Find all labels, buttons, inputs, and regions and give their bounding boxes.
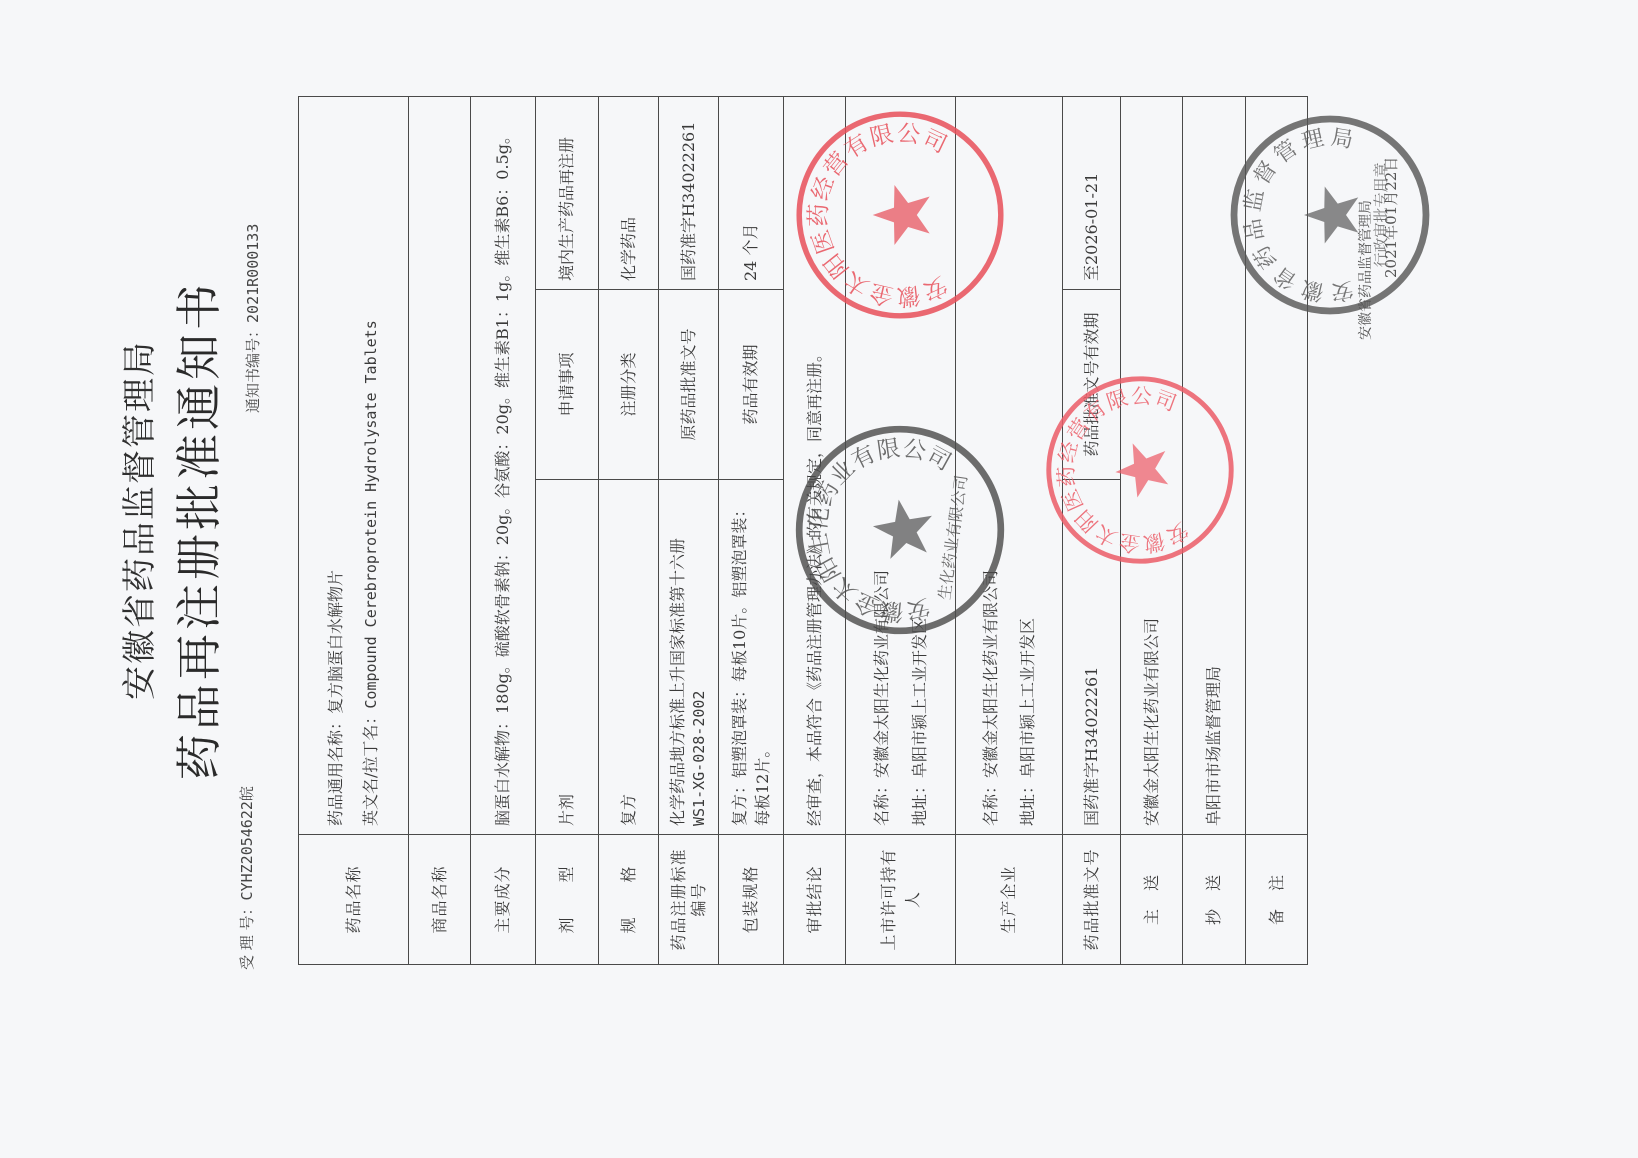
label-standard-number: 药品注册标准编号 <box>659 835 719 965</box>
value-conclusion: 经审查，本品符合《药品注册管理办法》的有关规定，同意再注册。 <box>784 96 846 834</box>
label-specification: 规 格 <box>599 835 659 965</box>
receipt-number-value: CYHZ2054622皖 <box>238 786 256 900</box>
label-application-item: 申请事项 <box>536 290 599 480</box>
value-trade-name <box>409 96 471 834</box>
seal-date: 2021年01月22日 <box>1380 157 1401 278</box>
manufacturer-address: 阜阳市颍上工业开发区 <box>1018 618 1037 778</box>
row-main-ingredients: 主要成分 脑蛋白水解物：180g。硫酸软骨素钠：20g。谷氨酸：20g。维生素B… <box>471 96 536 964</box>
standard-line1: 化学药品地方标准上升国家标准第十六册 <box>666 488 689 826</box>
receipt-number-label: 受 理 号： <box>238 900 256 970</box>
row-packaging: 包装规格 复方：铝塑泡罩装：每板10片。铝塑泡罩装：每板12片。 药品有效期 2… <box>719 96 784 964</box>
row-manufacturer: 生产企业 名称：安徽金太阳生化药业有限公司 地址：阜阳市颍上工业开发区 <box>956 96 1063 964</box>
seal-agency-text: 安徽省药品监督管理局 <box>1355 200 1375 340</box>
row-drug-name: 药品名称 药品通用名称：复方脑蛋白水解物片 英文名/拉丁名：Compound C… <box>299 96 409 964</box>
mah-name: 安徽金太阳生化药业有限公司 <box>872 570 891 778</box>
value-registration-category: 化学药品 <box>599 96 659 289</box>
row-cc: 抄 送 阜阳市市场监督管理局 <box>1183 96 1246 964</box>
label-registration-category: 注册分类 <box>599 290 659 480</box>
row-approval-number: 药品批准文号 国药准字H34022261 药品批准文号有效期 至2026-01-… <box>1063 96 1121 964</box>
row-conclusion: 审批结论 经审查，本品符合《药品注册管理办法》的有关规定，同意再注册。 <box>784 96 846 964</box>
label-approval-number: 药品批准文号 <box>1063 835 1121 965</box>
value-application-item: 境内生产药品再注册 <box>536 96 599 289</box>
value-approval-number: 国药准字H34022261 <box>1063 480 1121 835</box>
approval-table: 药品名称 药品通用名称：复方脑蛋白水解物片 英文名/拉丁名：Compound C… <box>298 96 1308 965</box>
label-packaging: 包装规格 <box>719 835 784 965</box>
notice-number: 通知书编号：2021R000133 <box>242 224 263 413</box>
label-main-recipient: 主 送 <box>1121 835 1183 965</box>
label-main-ingredients: 主要成分 <box>471 835 536 965</box>
mah-address: 阜阳市颍上工业开发区 <box>910 618 929 778</box>
label-shelf-life: 药品有效期 <box>719 290 784 480</box>
row-specification: 规 格 复方 注册分类 化学药品 <box>599 96 659 964</box>
english-name-label: 英文名/拉丁名： <box>361 709 380 826</box>
label-manufacturer: 生产企业 <box>956 835 1063 965</box>
manufacturer-name: 安徽金太阳生化药业有限公司 <box>981 570 1000 778</box>
label-trade-name: 商品名称 <box>409 835 471 965</box>
value-remarks <box>1246 96 1308 834</box>
label-cc: 抄 送 <box>1183 835 1246 965</box>
receipt-number: 受 理 号：CYHZ2054622皖 <box>236 786 257 970</box>
row-dosage-form: 剂 型 片剂 申请事项 境内生产药品再注册 <box>536 96 599 964</box>
manufacturer-address-label: 地址： <box>1018 778 1037 826</box>
label-original-approval-number: 原药品批准文号 <box>659 290 719 480</box>
value-standard-number: 化学药品地方标准上升国家标准第十六册 WS1-XG-028-2002 <box>659 480 719 835</box>
value-shelf-life: 24 个月 <box>719 96 784 289</box>
label-remarks: 备 注 <box>1246 835 1308 965</box>
value-main-ingredients: 脑蛋白水解物：180g。硫酸软骨素钠：20g。谷氨酸：20g。维生素B1：1g。… <box>471 96 536 834</box>
row-standard-number: 药品注册标准编号 化学药品地方标准上升国家标准第十六册 WS1-XG-028-2… <box>659 96 719 964</box>
svg-text:安: 安 <box>1329 276 1355 304</box>
notice-number-label: 通知书编号： <box>244 323 262 413</box>
standard-line2: WS1-XG-028-2002 <box>689 488 711 826</box>
value-specification: 复方 <box>599 480 659 835</box>
value-original-approval-number: 国药准字H34022261 <box>659 96 719 289</box>
label-drug-name: 药品名称 <box>299 835 409 965</box>
notice-document: 安徽省药品监督管理局 药品再注册批准通知书 受 理 号：CYHZ2054622皖… <box>0 0 1638 1158</box>
notice-number-value: 2021R000133 <box>244 224 262 323</box>
value-main-recipient: 安徽金太阳生化药业有限公司 <box>1121 96 1183 834</box>
label-dosage-form: 剂 型 <box>536 835 599 965</box>
mah-name-label: 名称： <box>872 778 891 826</box>
value-mah: 名称：安徽金太阳生化药业有限公司 地址：阜阳市颍上工业开发区 <box>846 96 956 834</box>
value-manufacturer: 名称：安徽金太阳生化药业有限公司 地址：阜阳市颍上工业开发区 <box>956 96 1063 834</box>
value-dosage-form: 片剂 <box>536 480 599 835</box>
generic-name-label: 药品通用名称： <box>326 714 345 826</box>
row-main-recipient: 主 送 安徽金太阳生化药业有限公司 <box>1121 96 1183 964</box>
value-drug-name: 药品通用名称：复方脑蛋白水解物片 英文名/拉丁名：Compound Cerebr… <box>299 96 409 834</box>
label-conclusion: 审批结论 <box>784 835 846 965</box>
value-packaging: 复方：铝塑泡罩装：每板10片。铝塑泡罩装：每板12片。 <box>719 480 784 835</box>
value-cc: 阜阳市市场监督管理局 <box>1183 96 1246 834</box>
english-name: Compound Cerebroprotein Hydrolysate Tabl… <box>362 320 380 708</box>
row-mah: 上市许可持有人 名称：安徽金太阳生化药业有限公司 地址：阜阳市颍上工业开发区 <box>846 96 956 964</box>
issuing-agency: 安徽省药品监督管理局 <box>112 0 161 1158</box>
value-approval-validity: 至2026-01-21 <box>1063 96 1121 289</box>
label-approval-validity: 药品批准文号有效期 <box>1063 290 1121 480</box>
document-title: 药品再注册批准通知书 <box>163 0 229 1158</box>
label-mah: 上市许可持有人 <box>846 835 956 965</box>
row-remarks: 备 注 <box>1246 96 1308 964</box>
svg-text:局: 局 <box>1329 125 1355 153</box>
manufacturer-name-label: 名称： <box>981 778 1000 826</box>
row-trade-name: 商品名称 <box>409 96 471 964</box>
generic-name: 复方脑蛋白水解物片 <box>326 570 345 714</box>
mah-address-label: 地址： <box>910 778 929 826</box>
